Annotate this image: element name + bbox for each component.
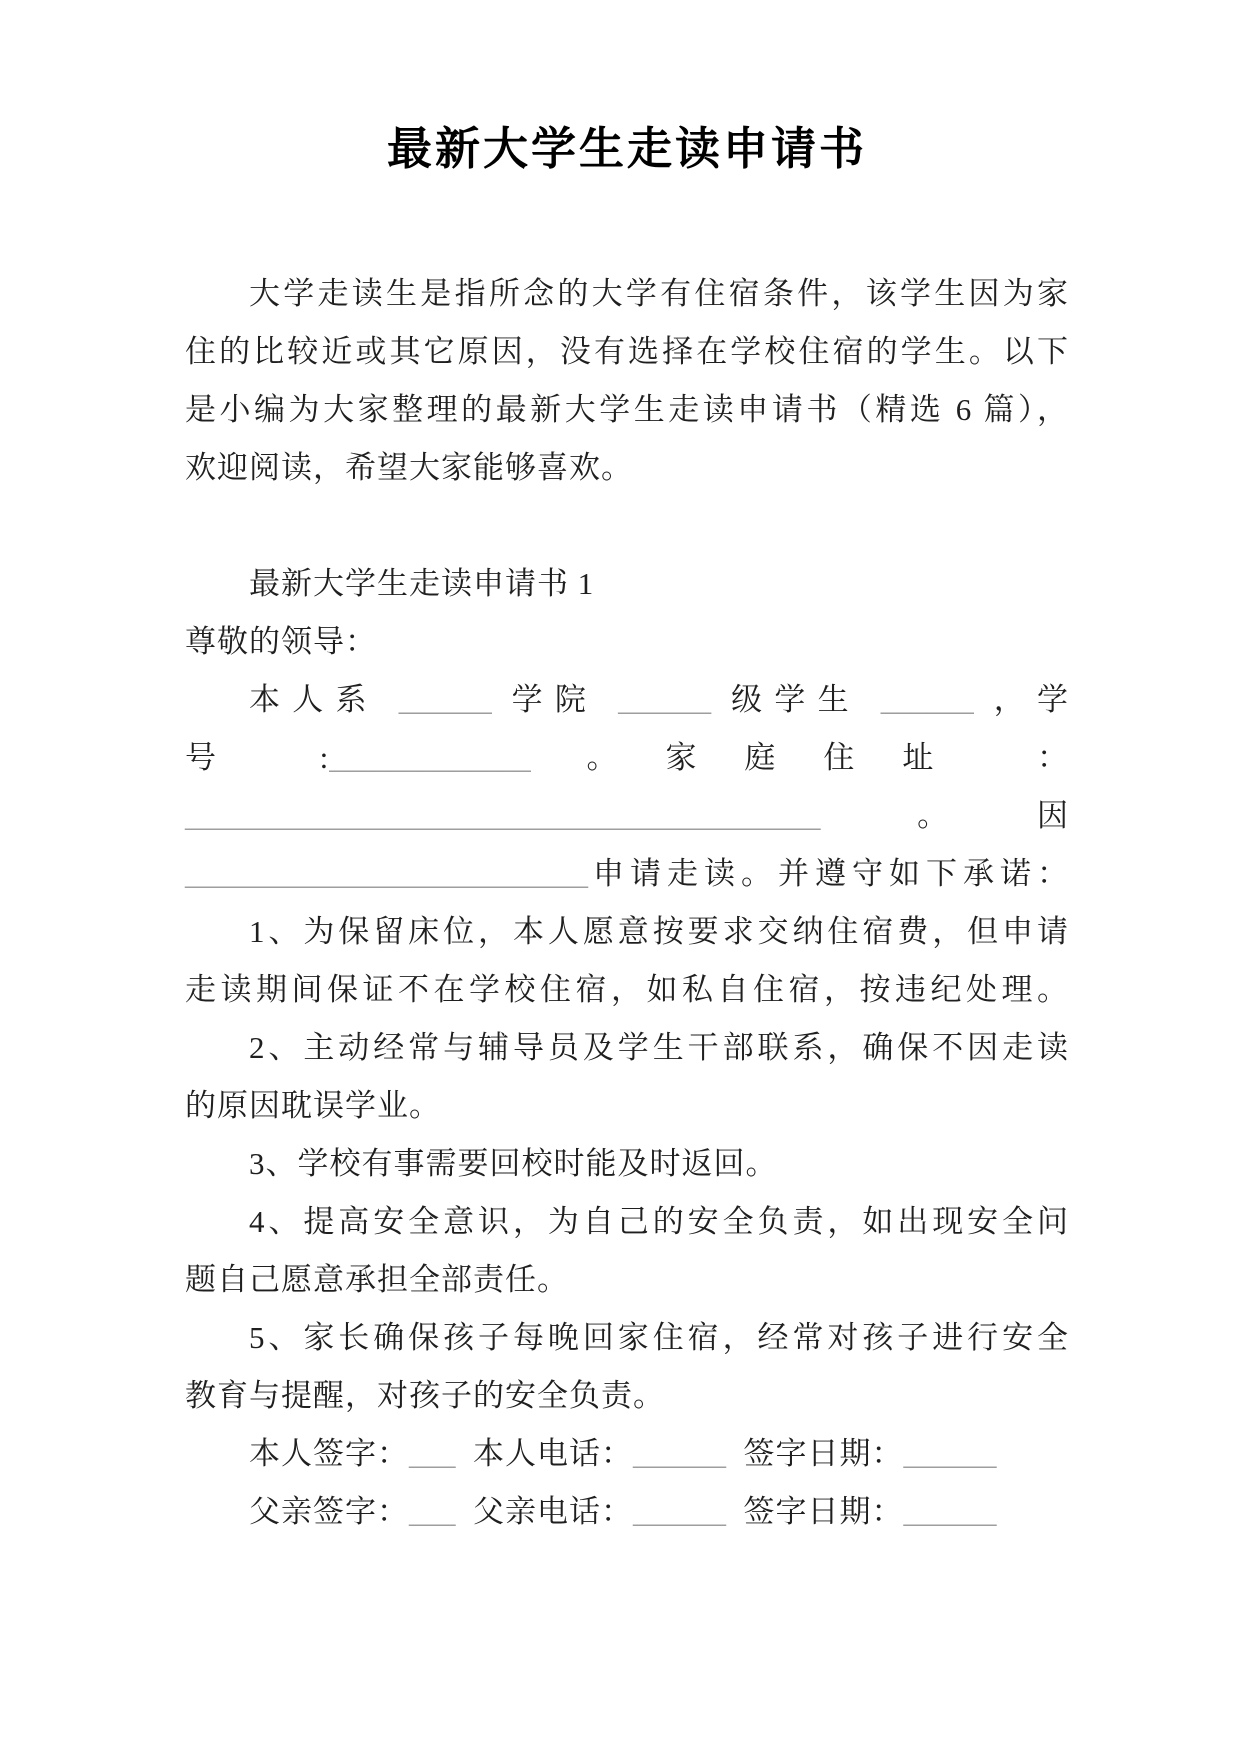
- text-segment: 级学生: [711, 682, 881, 717]
- text-segment: 欢迎阅读，希望大家能够喜欢。: [185, 450, 633, 485]
- blank-field: ______: [904, 1494, 997, 1529]
- text-segment: 申请走读。并遵守如下承诺：: [588, 856, 1069, 891]
- document-body: 大学走读生是指所念的大学有住宿条件，该学生因为家住的比较近或其它原因，没有选择在…: [185, 265, 1069, 1541]
- text-segment: 学院: [492, 682, 618, 717]
- blank-field: ______: [399, 682, 492, 717]
- document-page: 最新大学生走读申请书 大学走读生是指所念的大学有住宿条件，该学生因为家住的比较近…: [0, 0, 1241, 1754]
- text-segment: 父亲电话：: [456, 1494, 634, 1529]
- text-line-9: 号 :_____________ 。家庭住址 ：: [185, 729, 1069, 787]
- text-segment: 本人系: [249, 682, 399, 717]
- blank-field: __________________________: [185, 856, 588, 891]
- text-segment: 1、为保留床位，本人愿意按要求交纳住宿费，但申请: [249, 914, 1069, 949]
- text-segment: 3、学校有事需要回校时能及时返回。: [249, 1146, 778, 1181]
- text-segment: 。因: [821, 798, 1070, 833]
- blank-field: _____________: [329, 740, 531, 775]
- text-segment: 签字日期：: [726, 1436, 904, 1471]
- blank-field: ______: [904, 1436, 997, 1471]
- text-line-3: 是小编为大家整理的最新大学生走读申请书（精选 6 篇），: [185, 381, 1069, 439]
- blank-field: ___: [409, 1436, 456, 1471]
- text-line-13: 走读期间保证不在学校住宿，如私自住宿，按违纪处理。: [185, 961, 1069, 1019]
- text-line-1: 大学走读生是指所念的大学有住宿条件，该学生因为家: [185, 265, 1069, 323]
- blank-field: ______: [618, 682, 711, 717]
- blank-field: ________________________________________…: [185, 798, 821, 833]
- text-line-7: 尊敬的领导：: [185, 613, 1069, 671]
- text-segment: 住的比较近或其它原因，没有选择在学校住宿的学生。以下: [185, 334, 1069, 369]
- text-line-10: ________________________________________…: [185, 787, 1069, 845]
- text-line-2: 住的比较近或其它原因，没有选择在学校住宿的学生。以下: [185, 323, 1069, 381]
- text-segment: 本人电话：: [456, 1436, 634, 1471]
- text-line-21: 本人签字：___ 本人电话：______ 签字日期：______: [185, 1425, 1069, 1483]
- blank-field: ______: [633, 1494, 726, 1529]
- text-segment: 尊敬的领导：: [185, 624, 377, 659]
- text-segment: ，学: [974, 682, 1069, 717]
- text-line-4: 欢迎阅读，希望大家能够喜欢。: [185, 439, 1069, 497]
- text-line-18: 题自己愿意承担全部责任。: [185, 1251, 1069, 1309]
- text-line-22: 父亲签字：___ 父亲电话：______ 签字日期：______: [185, 1483, 1069, 1541]
- paragraph-spacer: [185, 497, 1069, 555]
- text-segment: 大学走读生是指所念的大学有住宿条件，该学生因为家: [249, 276, 1069, 311]
- text-segment: 。家庭住址 ：: [531, 740, 1069, 775]
- text-segment: 5、家长确保孩子每晚回家住宿，经常对孩子进行安全: [249, 1320, 1069, 1355]
- text-segment: 4、提高安全意识，为自己的安全负责，如出现安全问: [249, 1204, 1069, 1239]
- text-line-16: 3、学校有事需要回校时能及时返回。: [185, 1135, 1069, 1193]
- text-line-11: __________________________申请走读。并遵守如下承诺：: [185, 845, 1069, 903]
- blank-field: ______: [633, 1436, 726, 1471]
- blank-field: ___: [409, 1494, 456, 1529]
- text-line-8: 本人系 ______ 学院 ______ 级学生 ______ ，学: [185, 671, 1069, 729]
- document-title: 最新大学生走读申请书: [185, 112, 1069, 177]
- text-segment: 的原因耽误学业。: [185, 1088, 441, 1123]
- text-line-12: 1、为保留床位，本人愿意按要求交纳住宿费，但申请: [185, 903, 1069, 961]
- text-segment: 父亲签字：: [249, 1494, 409, 1529]
- text-line-14: 2、主动经常与辅导员及学生干部联系，确保不因走读: [185, 1019, 1069, 1077]
- text-segment: 2、主动经常与辅导员及学生干部联系，确保不因走读: [249, 1030, 1069, 1065]
- text-segment: 签字日期：: [726, 1494, 904, 1529]
- text-segment: 走读期间保证不在学校住宿，如私自住宿，按违纪处理。: [185, 972, 1069, 1007]
- text-line-6: 最新大学生走读申请书 1: [185, 555, 1069, 613]
- text-line-17: 4、提高安全意识，为自己的安全负责，如出现安全问: [185, 1193, 1069, 1251]
- text-segment: 教育与提醒，对孩子的安全负责。: [185, 1378, 665, 1413]
- text-segment: 是小编为大家整理的最新大学生走读申请书（精选 6 篇），: [185, 392, 1069, 427]
- text-segment: 题自己愿意承担全部责任。: [185, 1262, 569, 1297]
- text-segment: 号 :: [185, 740, 329, 775]
- text-segment: 最新大学生走读申请书 1: [249, 566, 594, 601]
- text-segment: 本人签字：: [249, 1436, 409, 1471]
- text-line-20: 教育与提醒，对孩子的安全负责。: [185, 1367, 1069, 1425]
- text-line-19: 5、家长确保孩子每晚回家住宿，经常对孩子进行安全: [185, 1309, 1069, 1367]
- blank-field: ______: [881, 682, 974, 717]
- text-line-15: 的原因耽误学业。: [185, 1077, 1069, 1135]
